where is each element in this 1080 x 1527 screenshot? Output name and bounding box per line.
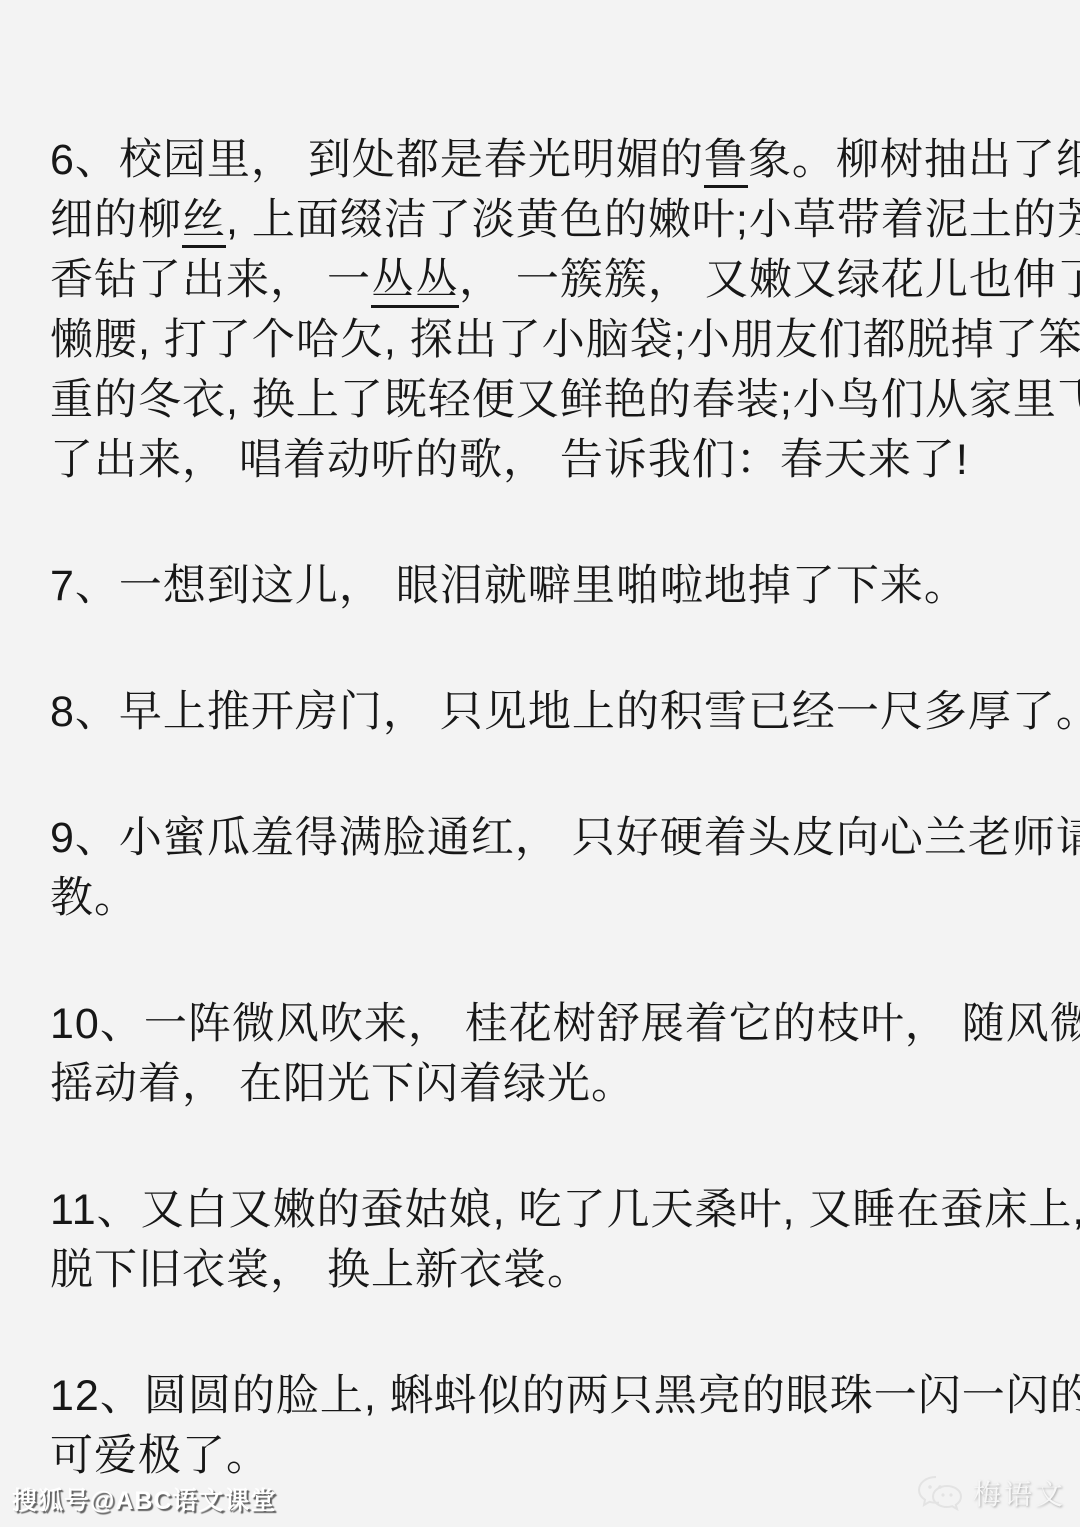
underlined-text: 鲁 <box>704 136 748 188</box>
text-line: 懒腰, 打了个哈欠, 探出了小脑袋;小朋友们都脱掉了笨 <box>50 310 1042 370</box>
text-line: 7、一想到这儿， 眼泪就噼里啪啦地掉了下来。 <box>50 556 1042 616</box>
text-line: 9、小蜜瓜羞得满脸通红， 只好硬着头皮向心兰老师请 <box>50 808 1042 868</box>
text-segment: 8、早上推开房门， 只见地上的积雪已经一尺多厚了。 <box>50 688 1080 736</box>
text-line: 了出来， 唱着动听的歌， 告诉我们：春天来了! <box>50 430 1042 490</box>
wechat-icon <box>917 1474 965 1512</box>
text-line: 11、又白又嫩的蚕姑娘, 吃了几天桑叶, 又睡在蚕床上, <box>50 1180 1042 1240</box>
text-segment: 香钻了出来， 一 <box>50 256 371 304</box>
text-segment: 象。柳树抽出了细 <box>748 136 1080 184</box>
underlined-text: 丛丛 <box>371 256 459 308</box>
text-segment: ， 一簇簇， 又嫩又绿花儿也伸了伸 <box>459 256 1080 304</box>
text-segment: 脱下旧衣裳， 换上新衣裳。 <box>50 1246 591 1294</box>
text-segment: 可爱极了。 <box>50 1432 270 1480</box>
sentence-item: 7、一想到这儿， 眼泪就噼里啪啦地掉了下来。 <box>50 556 1042 616</box>
sentence-item: 11、又白又嫩的蚕姑娘, 吃了几天桑叶, 又睡在蚕床上,脱下旧衣裳， 换上新衣裳… <box>50 1180 1042 1300</box>
underlined-text: 丝 <box>182 196 226 248</box>
text-segment: , 上面缀洁了淡黄色的嫩叶;小草带着泥土的芳 <box>226 196 1080 244</box>
text-segment: 教。 <box>50 874 138 922</box>
text-line: 重的冬衣, 换上了既轻便又鲜艳的春装;小鸟们从家里飞 <box>50 370 1042 430</box>
text-segment: 12、圆圆的脸上, 蝌蚪似的两只黑亮的眼珠一闪一闪的, <box>50 1372 1080 1420</box>
text-line: 12、圆圆的脸上, 蝌蚪似的两只黑亮的眼珠一闪一闪的, <box>50 1366 1042 1426</box>
text-line: 摇动着， 在阳光下闪着绿光。 <box>50 1054 1042 1114</box>
text-segment: 10、一阵微风吹来， 桂花树舒展着它的枝叶， 随风微微 <box>50 1000 1080 1048</box>
text-line: 教。 <box>50 868 1042 928</box>
text-segment: 6、校园里， 到处都是春光明媚的 <box>50 136 704 184</box>
worksheet-page: 6、校园里， 到处都是春光明媚的鲁象。柳树抽出了细细的柳丝, 上面缀洁了淡黄色的… <box>0 0 1080 1527</box>
text-line: 细的柳丝, 上面缀洁了淡黄色的嫩叶;小草带着泥土的芳 <box>50 190 1042 250</box>
meiyuwen-watermark: 梅语文 <box>917 1473 1066 1513</box>
text-segment: 细的柳 <box>50 196 182 244</box>
text-line: 8、早上推开房门， 只见地上的积雪已经一尺多厚了。 <box>50 682 1042 742</box>
sentence-item: 10、一阵微风吹来， 桂花树舒展着它的枝叶， 随风微微摇动着， 在阳光下闪着绿光… <box>50 994 1042 1114</box>
text-segment: 重的冬衣, 换上了既轻便又鲜艳的春装;小鸟们从家里飞 <box>50 376 1080 424</box>
text-segment: 懒腰, 打了个哈欠, 探出了小脑袋;小朋友们都脱掉了笨 <box>50 316 1080 364</box>
text-line: 可爱极了。 <box>50 1426 1042 1486</box>
text-segment: 了出来， 唱着动听的歌， 告诉我们：春天来了! <box>50 436 969 484</box>
text-segment: 11、又白又嫩的蚕姑娘, 吃了几天桑叶, 又睡在蚕床上, <box>50 1186 1080 1234</box>
text-segment: 7、一想到这儿， 眼泪就噼里啪啦地掉了下来。 <box>50 562 968 610</box>
text-line: 6、校园里， 到处都是春光明媚的鲁象。柳树抽出了细 <box>50 130 1042 190</box>
text-line: 香钻了出来， 一丛丛， 一簇簇， 又嫩又绿花儿也伸了伸 <box>50 250 1042 310</box>
sentence-list: 6、校园里， 到处都是春光明媚的鲁象。柳树抽出了细细的柳丝, 上面缀洁了淡黄色的… <box>0 0 1080 1486</box>
sentence-item: 6、校园里， 到处都是春光明媚的鲁象。柳树抽出了细细的柳丝, 上面缀洁了淡黄色的… <box>50 130 1042 490</box>
sentence-item: 9、小蜜瓜羞得满脸通红， 只好硬着头皮向心兰老师请教。 <box>50 808 1042 928</box>
text-line: 脱下旧衣裳， 换上新衣裳。 <box>50 1240 1042 1300</box>
meiyuwen-label: 梅语文 <box>973 1473 1066 1513</box>
text-line: 10、一阵微风吹来， 桂花树舒展着它的枝叶， 随风微微 <box>50 994 1042 1054</box>
text-segment: 摇动着， 在阳光下闪着绿光。 <box>50 1060 635 1108</box>
sentence-item: 8、早上推开房门， 只见地上的积雪已经一尺多厚了。 <box>50 682 1042 742</box>
sentence-item: 12、圆圆的脸上, 蝌蚪似的两只黑亮的眼珠一闪一闪的,可爱极了。 <box>50 1366 1042 1486</box>
text-segment: 9、小蜜瓜羞得满脸通红， 只好硬着头皮向心兰老师请 <box>50 814 1080 862</box>
souhu-watermark: 搜狐号@ABC语文课堂 <box>12 1481 277 1517</box>
